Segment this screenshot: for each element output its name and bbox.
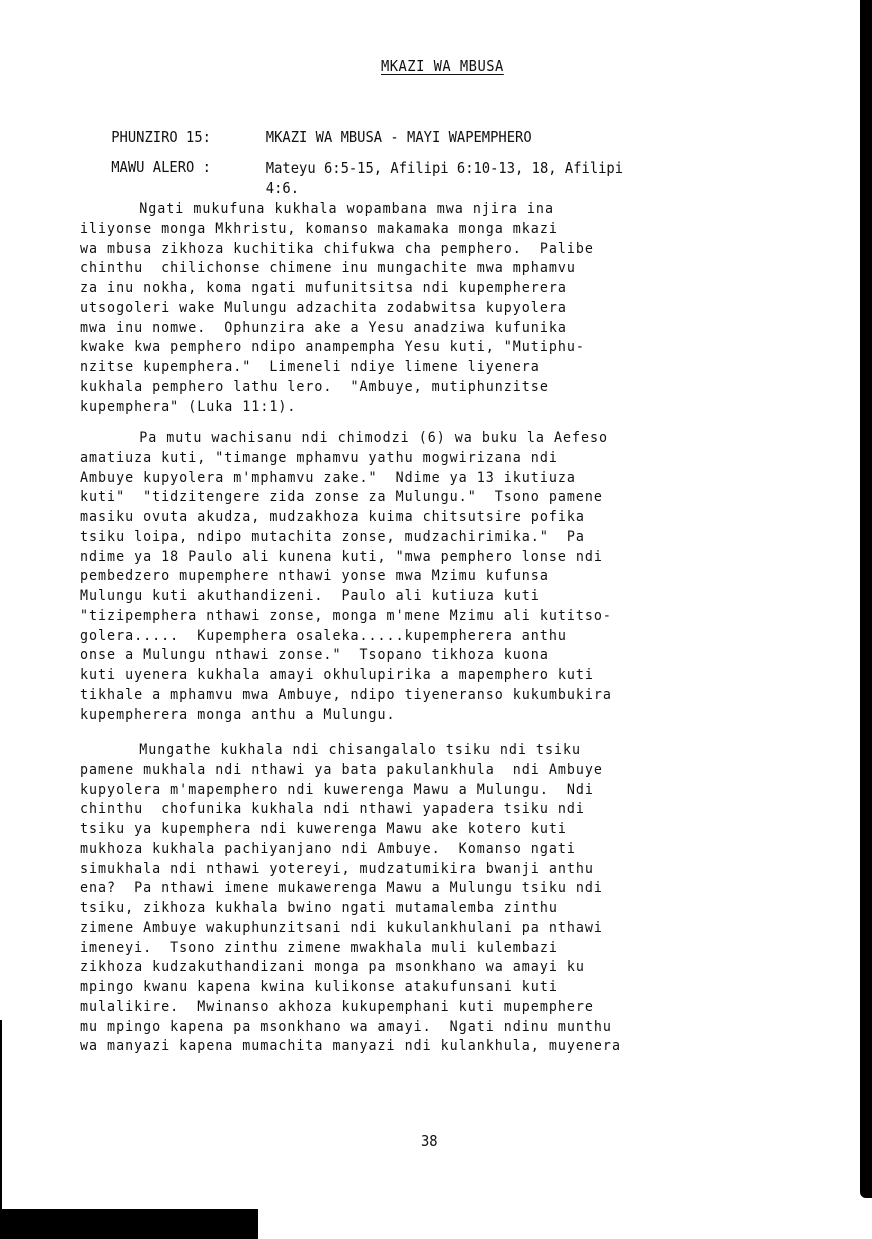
reading-label: MAWU ALERO : [111, 158, 266, 176]
text-line: "tizipemphera nthawi zonse, monga m'mene… [80, 607, 794, 627]
text-line: mu mpingo kapena pa msonkhano wa amayi. … [80, 1018, 794, 1038]
text-line: kuti" "tidzitengere zida zonse za Mulung… [80, 488, 794, 508]
text-line: ndime ya 18 Paulo ali kunena kuti, "mwa … [80, 548, 794, 568]
text-line: Mulungu kuti akuthandizeni. Paulo ali ku… [80, 587, 794, 607]
text-line: imeneyi. Tsono zinthu zimene mwakhala mu… [80, 939, 794, 959]
text-line: kukhala pemphero lathu lero. "Ambuye, mu… [80, 378, 794, 398]
text-line: Ambuye kupyolera m'mphamvu zake." Ndime … [80, 469, 794, 489]
text-line: zikhoza kudzakuthandizani monga pa msonk… [80, 958, 794, 978]
text-line: masiku ovuta akudza, mudzakhoza kuima ch… [80, 508, 794, 528]
text-line: wa mbusa zikhoza kuchitika chifukwa cha … [80, 240, 794, 260]
text-line: kuti uyenera kukhala amayi okhulupirika … [80, 666, 794, 686]
reading-value: Mateyu 6:5-15, Afilipi 6:10-13, 18, Afil… [266, 158, 623, 198]
paragraph-3: Mungathe kukhala ndi chisangalalo tsiku … [80, 741, 840, 1057]
text-line: onse a Mulungu nthawi zonse." Tsopano ti… [80, 646, 794, 666]
text-line: kupempherera monga anthu a Mulungu. [80, 706, 794, 726]
text-line: kwake kwa pemphero ndipo anampempha Yesu… [80, 338, 794, 358]
text-line: Pa mutu wachisanu ndi chimodzi (6) wa bu… [80, 429, 794, 449]
scan-edge-right [860, 0, 872, 1198]
document-page: MKAZI WA MBUSA PHUNZIRO 15:MKAZI WA MBUS… [0, 0, 872, 1239]
scan-edge-left [0, 1020, 2, 1210]
text-line: mpingo kwanu kapena kwina kulikonse atak… [80, 978, 794, 998]
page-number: 38 [421, 1132, 438, 1150]
reading-line: 4:6. [266, 178, 623, 198]
text-line: tsiku, zikhoza kukhala bwino ngati mutam… [80, 899, 794, 919]
text-line: kupemphera" (Luka 11:1). [80, 398, 794, 418]
paragraph-1: Ngati mukufuna kukhala wopambana mwa nji… [80, 200, 840, 417]
text-line: nzitse kupemphera." Limeneli ndiye limen… [80, 358, 794, 378]
text-line: mulalikire. Mwinanso akhoza kukupemphani… [80, 998, 794, 1018]
scan-edge-bottom [0, 1209, 258, 1239]
text-line: tikhale a mphamvu mwa Ambuye, ndipo tiye… [80, 686, 794, 706]
text-line: tsiku loipa, ndipo mutachita zonse, mudz… [80, 528, 794, 548]
text-line: za inu nokha, koma ngati mufunitsitsa nd… [80, 279, 794, 299]
text-line: tsiku ya kupemphera ndi kuwerenga Mawu a… [80, 820, 794, 840]
text-line: amatiuza kuti, "timange mphamvu yathu mo… [80, 449, 794, 469]
text-line: ena? Pa nthawi imene mukawerenga Mawu a … [80, 879, 794, 899]
text-line: chinthu chofunika kukhala ndi nthawi yap… [80, 800, 794, 820]
text-line: mukhoza kukhala pachiyanjano ndi Ambuye.… [80, 840, 794, 860]
text-line: zimene Ambuye wakuphunzitsani ndi kukula… [80, 919, 794, 939]
text-line: golera..... Kupemphera osaleka.....kupem… [80, 627, 794, 647]
text-line: pembedzero mupemphere nthawi yonse mwa M… [80, 567, 794, 587]
text-line: wa manyazi kapena mumachita manyazi ndi … [80, 1037, 794, 1057]
page-title: MKAZI WA MBUSA [381, 57, 504, 75]
text-line: iliyonse monga Mkhristu, komanso makamak… [80, 220, 794, 240]
paragraph-2: Pa mutu wachisanu ndi chimodzi (6) wa bu… [80, 429, 840, 725]
text-line: pamene mukhala ndi nthawi ya bata pakula… [80, 761, 794, 781]
reading-line: Mateyu 6:5-15, Afilipi 6:10-13, 18, Afil… [266, 158, 623, 178]
text-line: Ngati mukufuna kukhala wopambana mwa nji… [80, 200, 794, 220]
text-line: mwa inu nomwe. Ophunzira ake a Yesu anad… [80, 319, 794, 339]
text-line: chinthu chilichonse chimene inu mungachi… [80, 259, 794, 279]
text-line: kupyolera m'mapemphero ndi kuwerenga Maw… [80, 781, 794, 801]
text-line: utsogoleri wake Mulungu adzachita zodabw… [80, 299, 794, 319]
text-line: Mungathe kukhala ndi chisangalalo tsiku … [80, 741, 794, 761]
text-line: simukhala ndi nthawi yotereyi, mudzatumi… [80, 860, 794, 880]
